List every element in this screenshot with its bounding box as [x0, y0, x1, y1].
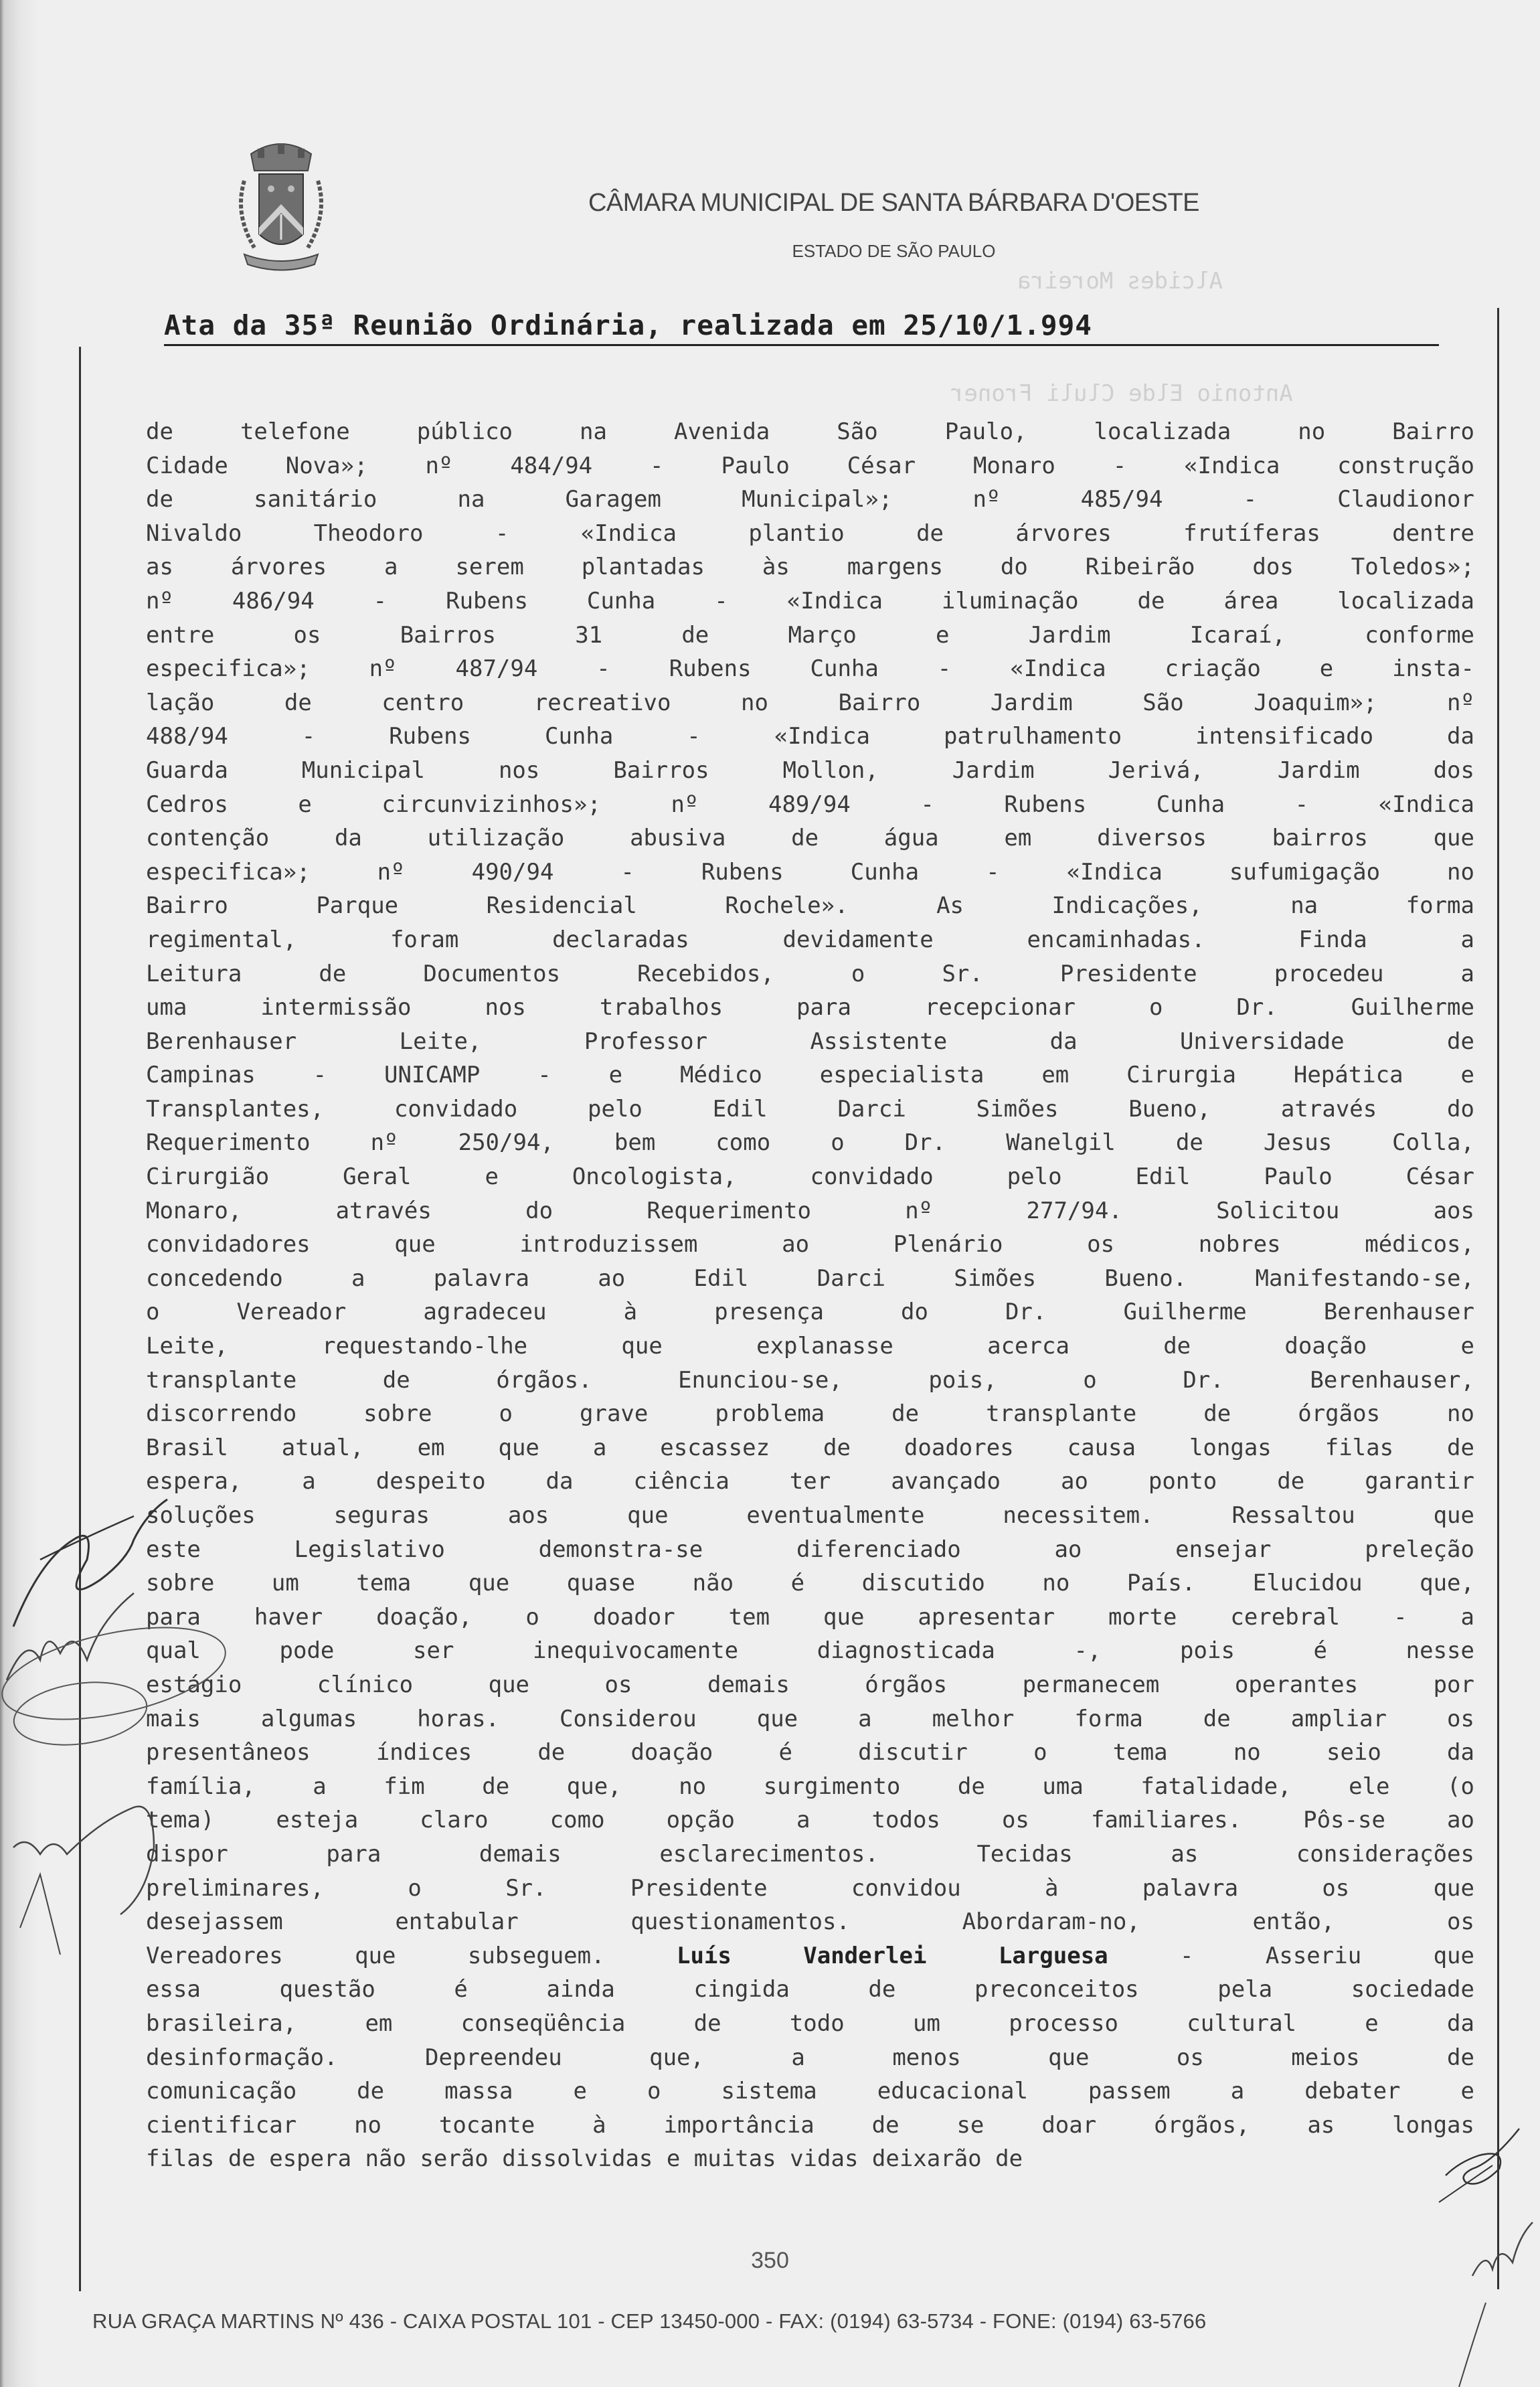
speaker-name: Luís Vanderlei Larguesa — [677, 1943, 1108, 1969]
text-line: Requerimento nº 250/94, bem como o Dr. W… — [146, 1126, 1474, 1160]
text-line: Leitura de Documentos Recebidos, o Sr. P… — [146, 957, 1474, 991]
text-line: preliminares, o Sr. Presidente convidou … — [146, 1872, 1474, 1906]
text-line: espera, a despeito da ciência ter avança… — [146, 1465, 1474, 1499]
text-line: para haver doação, o doador tem que apre… — [146, 1600, 1474, 1635]
text-line: família, a fim de que, no surgimento de … — [146, 1770, 1474, 1804]
text-line: especifica»; nº 487/94 - Rubens Cunha - … — [146, 652, 1474, 686]
bleed-through-text: Antonio Elde Cluli Froner — [950, 380, 1293, 407]
text-line: regimental, foram declaradas devidamente… — [146, 923, 1474, 957]
organization-name: CÂMARA MUNICIPAL DE SANTA BÁRBARA D'OEST… — [0, 189, 1540, 218]
text-line: Bairro Parque Residencial Rochele». As I… — [146, 889, 1474, 923]
text-line: uma intermissão nos trabalhos para recep… — [146, 991, 1474, 1025]
text-line: tema) esteja claro como opção a todos os… — [146, 1803, 1474, 1837]
text-line: soluções seguras aos que eventualmente n… — [146, 1499, 1474, 1533]
text-line: Cidade Nova»; nº 484/94 - Paulo César Mo… — [146, 449, 1474, 483]
right-margin-rule — [1497, 308, 1499, 2289]
text-line: filas de espera não serão dissolvidas e … — [146, 2142, 1474, 2176]
text-line: de sanitário na Garagem Municipal»; nº 4… — [146, 483, 1474, 517]
text-line: mais algumas horas. Considerou que a mel… — [146, 1702, 1474, 1736]
text-line: comunicação de massa e o sistema educaci… — [146, 2074, 1474, 2109]
text-line: Brasil atual, em que a escassez de doado… — [146, 1431, 1474, 1465]
text-line: qual pode ser inequivocamente diagnostic… — [146, 1634, 1474, 1668]
text-line: especifica»; nº 490/94 - Rubens Cunha - … — [146, 855, 1474, 890]
text-line: dispor para demais esclarecimentos. Teci… — [146, 1837, 1474, 1872]
text-line: desejassem entabular questionamentos. Ab… — [146, 1905, 1474, 1939]
page-number: 350 — [0, 2248, 1540, 2274]
footer-address: RUA GRAÇA MARTINS Nº 436 - CAIXA POSTAL … — [92, 2309, 1206, 2333]
text-line: brasileira, em conseqüência de todo um p… — [146, 2007, 1474, 2041]
text-line: este Legislativo demonstra-se diferencia… — [146, 1533, 1474, 1567]
text-line: estágio clínico que os demais órgãos per… — [146, 1668, 1474, 1702]
text-line: discorrendo sobre o grave problema de tr… — [146, 1397, 1474, 1431]
text-line: Nivaldo Theodoro - «Indica plantio de ár… — [146, 517, 1474, 551]
text-line: Vereadores que subseguem. Luís Vanderlei… — [146, 1939, 1474, 1973]
text-line: concedendo a palavra ao Edil Darci Simõe… — [146, 1262, 1474, 1296]
organization-state: ESTADO DE SÃO PAULO — [0, 241, 1540, 262]
text-line: essa questão é ainda cingida de preconce… — [146, 1973, 1474, 2007]
document-title: Ata da 35ª Reunião Ordinária, realizada … — [164, 307, 1439, 346]
text-line: 488/94 - Rubens Cunha - «Indica patrulha… — [146, 720, 1474, 754]
text-line: Campinas - UNICAMP - e Médico especialis… — [146, 1058, 1474, 1092]
text-line: Monaro, através do Requerimento nº 277/9… — [146, 1194, 1474, 1228]
page-edge-shadow — [0, 0, 40, 2387]
text-line: Berenhauser Leite, Professor Assistente … — [146, 1025, 1474, 1059]
text-line: sobre um tema que quase não é discutido … — [146, 1566, 1474, 1600]
text-line: entre os Bairros 31 de Março e Jardim Ic… — [146, 619, 1474, 653]
text-line: de telefone público na Avenida São Paulo… — [146, 415, 1474, 449]
text-line: convidadores que introduzissem ao Plenár… — [146, 1228, 1474, 1262]
text-line: desinformação. Depreendeu que, a menos q… — [146, 2041, 1474, 2075]
text-line: cientificar no tocante à importância de … — [146, 2109, 1474, 2143]
text-line: contenção da utilização abusiva de água … — [146, 821, 1474, 855]
text-line: transplante de órgãos. Enunciou-se, pois… — [146, 1364, 1474, 1398]
text-line: Cirurgião Geral e Oncologista, convidado… — [146, 1160, 1474, 1194]
text-line: Transplantes, convidado pelo Edil Darci … — [146, 1092, 1474, 1127]
text-line: nº 486/94 - Rubens Cunha - «Indica ilumi… — [146, 584, 1474, 619]
text-line: Guarda Municipal nos Bairros Mollon, Jar… — [146, 754, 1474, 788]
text-line: as árvores a serem plantadas às margens … — [146, 550, 1474, 584]
minutes-body-text: de telefone público na Avenida São Paulo… — [146, 415, 1474, 2176]
text-line: Leite, requestando-lhe que explanasse ac… — [146, 1329, 1474, 1364]
text-line: o Vereador agradeceu à presença do Dr. G… — [146, 1295, 1474, 1329]
text-line: lação de centro recreativo no Bairro Jar… — [146, 686, 1474, 720]
left-margin-rule — [79, 347, 81, 2291]
text-line: presentâneos índices de doação é discuti… — [146, 1736, 1474, 1770]
bleed-through-text: Alcides Moreira — [1017, 268, 1223, 295]
text-line: Cedros e circunvizinhos»; nº 489/94 - Ru… — [146, 788, 1474, 822]
